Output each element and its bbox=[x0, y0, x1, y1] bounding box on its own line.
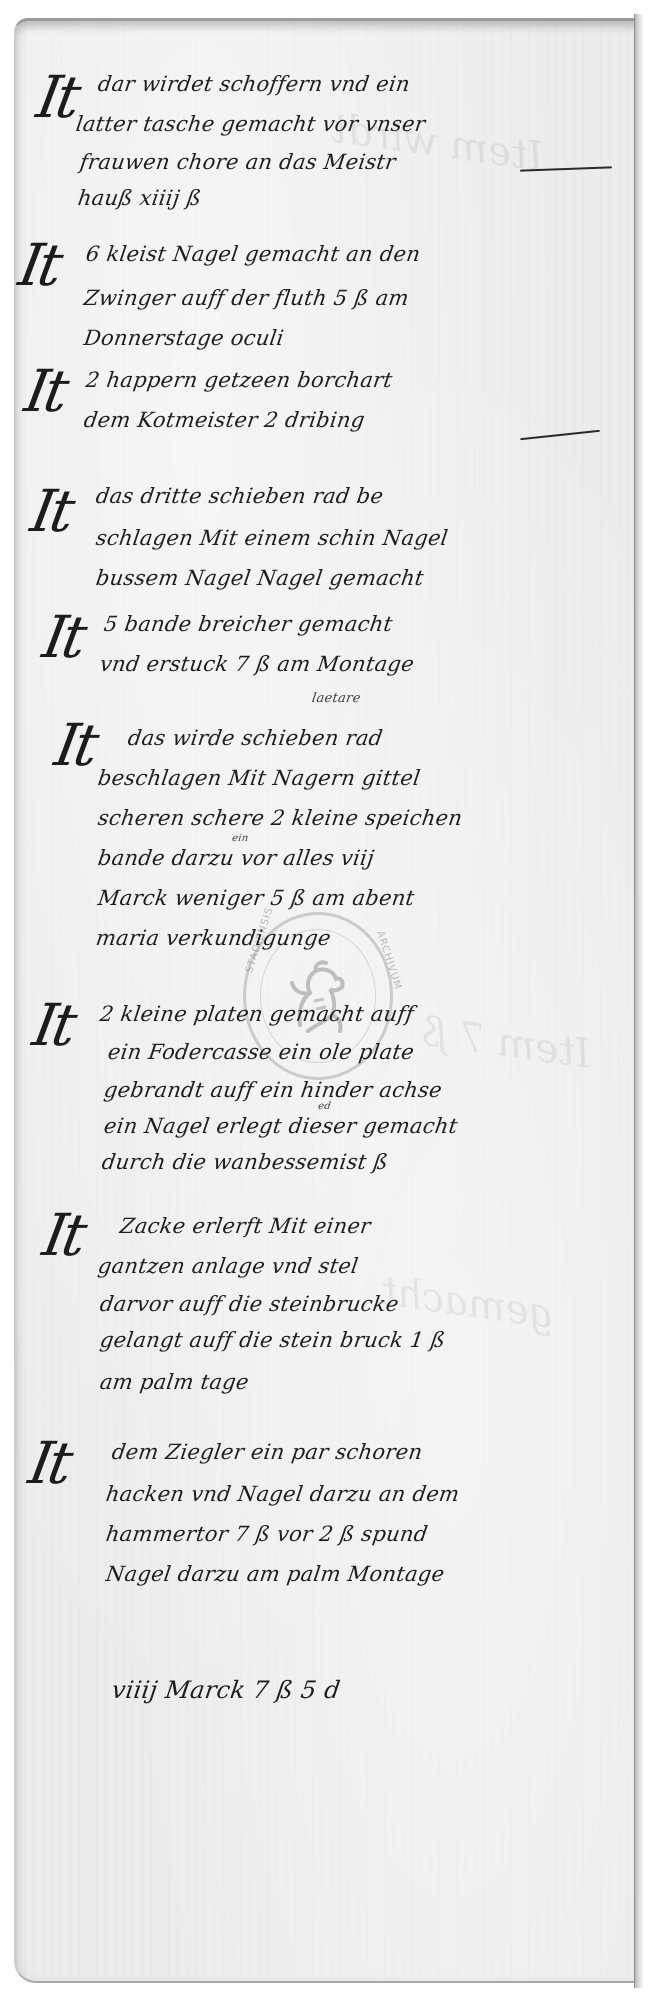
entry-line: durch die wanbessemist ß bbox=[101, 1152, 390, 1173]
entry-line: hacken vnd Nagel darzu an dem bbox=[105, 1484, 461, 1505]
entry-line: ein Nagel erlegt dieser gemacht bbox=[103, 1116, 459, 1137]
superscript-note: ein bbox=[231, 834, 249, 844]
entry-line: maria verkundigunge bbox=[95, 928, 333, 949]
lion-icon bbox=[280, 955, 358, 1041]
entry-line: bussem Nagel Nagel gemacht bbox=[95, 568, 426, 589]
entry-line: vnd erstuck 7 ß am Montage bbox=[99, 654, 416, 675]
entry-line: das dritte schieben rad be bbox=[95, 486, 385, 507]
entry-line: Donnerstage oculi bbox=[83, 328, 286, 349]
entry-line: 6 kleist Nagel gemacht an den bbox=[85, 244, 422, 265]
entry-line: das wirde schieben rad bbox=[127, 728, 385, 749]
total-amount: viiij Marck 7 ß 5 d bbox=[110, 1678, 342, 1702]
superscript-note: ed bbox=[317, 1102, 331, 1112]
entry-line: beschlagen Mit Nagern gittel bbox=[97, 768, 422, 789]
binding-edge bbox=[634, 14, 643, 1988]
entry-line: gantzen anlage vnd stel bbox=[97, 1256, 360, 1277]
entry-line: laetare bbox=[311, 692, 361, 705]
entry-line: gelangt auff die stein bruck 1 ß bbox=[99, 1330, 447, 1351]
entry-line: hauß xiiij ß bbox=[77, 188, 203, 209]
entry-line: schlagen Mit einem schin Nagel bbox=[95, 528, 450, 549]
entry-line: darvor auff die steinbrucke bbox=[99, 1294, 401, 1315]
entry-line: 2 kleine platen gemacht auff bbox=[99, 1004, 416, 1025]
entry-line: Zwinger auff der fluth 5 ß am bbox=[83, 288, 411, 309]
entry-line: dar wirdet schoffern vnd ein bbox=[97, 74, 412, 95]
entry-line: Marck weniger 5 ß am abent bbox=[97, 888, 416, 909]
entry-line: frauwen chore an das Meistr bbox=[79, 152, 398, 173]
entry-line: hammertor 7 ß vor 2 ß spund bbox=[105, 1524, 430, 1545]
entry-line: scheren schere 2 kleine speichen bbox=[97, 808, 464, 829]
entry-line: 2 happern getzeen borchart bbox=[85, 370, 394, 391]
entry-line: Zacke erlerft Mit einer bbox=[119, 1216, 373, 1237]
entry-line: ein Fodercasse ein ole plate bbox=[107, 1042, 416, 1063]
entry-line: bande darzu vor alles viij bbox=[97, 848, 376, 869]
entry-line: am palm tage bbox=[99, 1372, 251, 1393]
entry-line: dem Kotmeister 2 dribing bbox=[83, 410, 367, 431]
entry-line: Nagel darzu am palm Montage bbox=[105, 1564, 446, 1585]
entry-line: dem Ziegler ein par schoren bbox=[111, 1442, 424, 1463]
entry-line: 5 bande breicher gemacht bbox=[103, 614, 394, 635]
entry-line: latter tasche gemacht vor vnser bbox=[75, 114, 427, 135]
entry-line: gebrandt auff ein hinder achse bbox=[103, 1080, 444, 1101]
